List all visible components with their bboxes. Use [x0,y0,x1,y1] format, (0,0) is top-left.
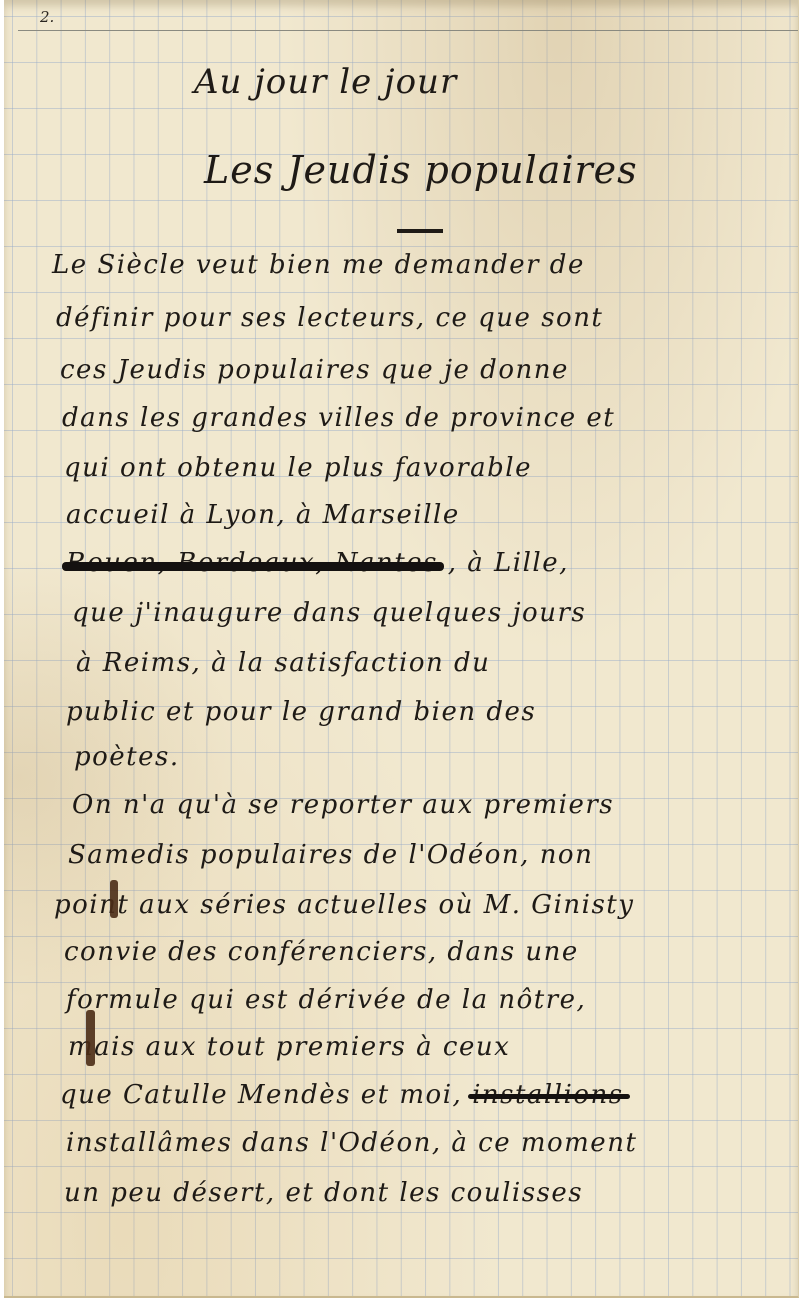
struck-out-text: installions [472,1080,624,1110]
page-heading: Au jour le jour [194,62,457,102]
body-line: installâmes dans l'Odéon, à ce moment [66,1128,637,1158]
struck-out-text: Rouen, Bordeaux, Nantes [66,548,438,578]
body-line: qui ont obtenu le plus favorable [64,453,532,483]
body-line: poètes. [74,742,180,772]
page-number: 2. [40,8,54,26]
manuscript-page: 2. Au jour le jour Les Jeudis populaires… [4,0,799,1298]
top-margin-rule [18,30,798,31]
body-line: accueil à Lyon, à Marseille [66,500,460,530]
body-line-remainder: , à Lille, [448,548,569,578]
body-line: Samedis populaires de l'Odéon, non [68,840,593,870]
body-line: à Reims, à la satisfaction du [76,648,490,678]
body-line-text: que Catulle Mendès et moi, [60,1080,462,1110]
rust-pin-stain [86,1010,95,1066]
rust-pin-stain [110,880,118,918]
body-line: ces Jeudis populaires que je donne [60,355,569,385]
body-line: convie des conférenciers, dans une [64,937,579,967]
body-line: public et pour le grand bien des [66,697,536,727]
body-line: dans les grandes villes de province et [62,403,615,433]
body-line: un peu désert, et dont les coulisses [64,1178,583,1208]
body-line: On n'a qu'à se reporter aux premiers [72,790,614,820]
page-subheading: Les Jeudis populaires [204,148,638,192]
body-line: formule qui est dérivée de la nôtre, [66,985,586,1015]
heading-underline [397,229,443,233]
body-line: point aux séries actuelles où M. Ginisty [54,890,634,920]
body-line-with-strikeout: que Catulle Mendès et moi, installions [60,1080,624,1110]
body-line: Le Siècle veut bien me demander de [52,250,585,280]
body-line: définir pour ses lecteurs, ce que sont [56,303,603,333]
body-line-with-strikeout: Rouen, Bordeaux, Nantes , à Lille, [66,548,569,578]
body-line: que j'inaugure dans quelques jours [72,598,586,628]
body-line: mais aux tout premiers à ceux [68,1032,510,1062]
